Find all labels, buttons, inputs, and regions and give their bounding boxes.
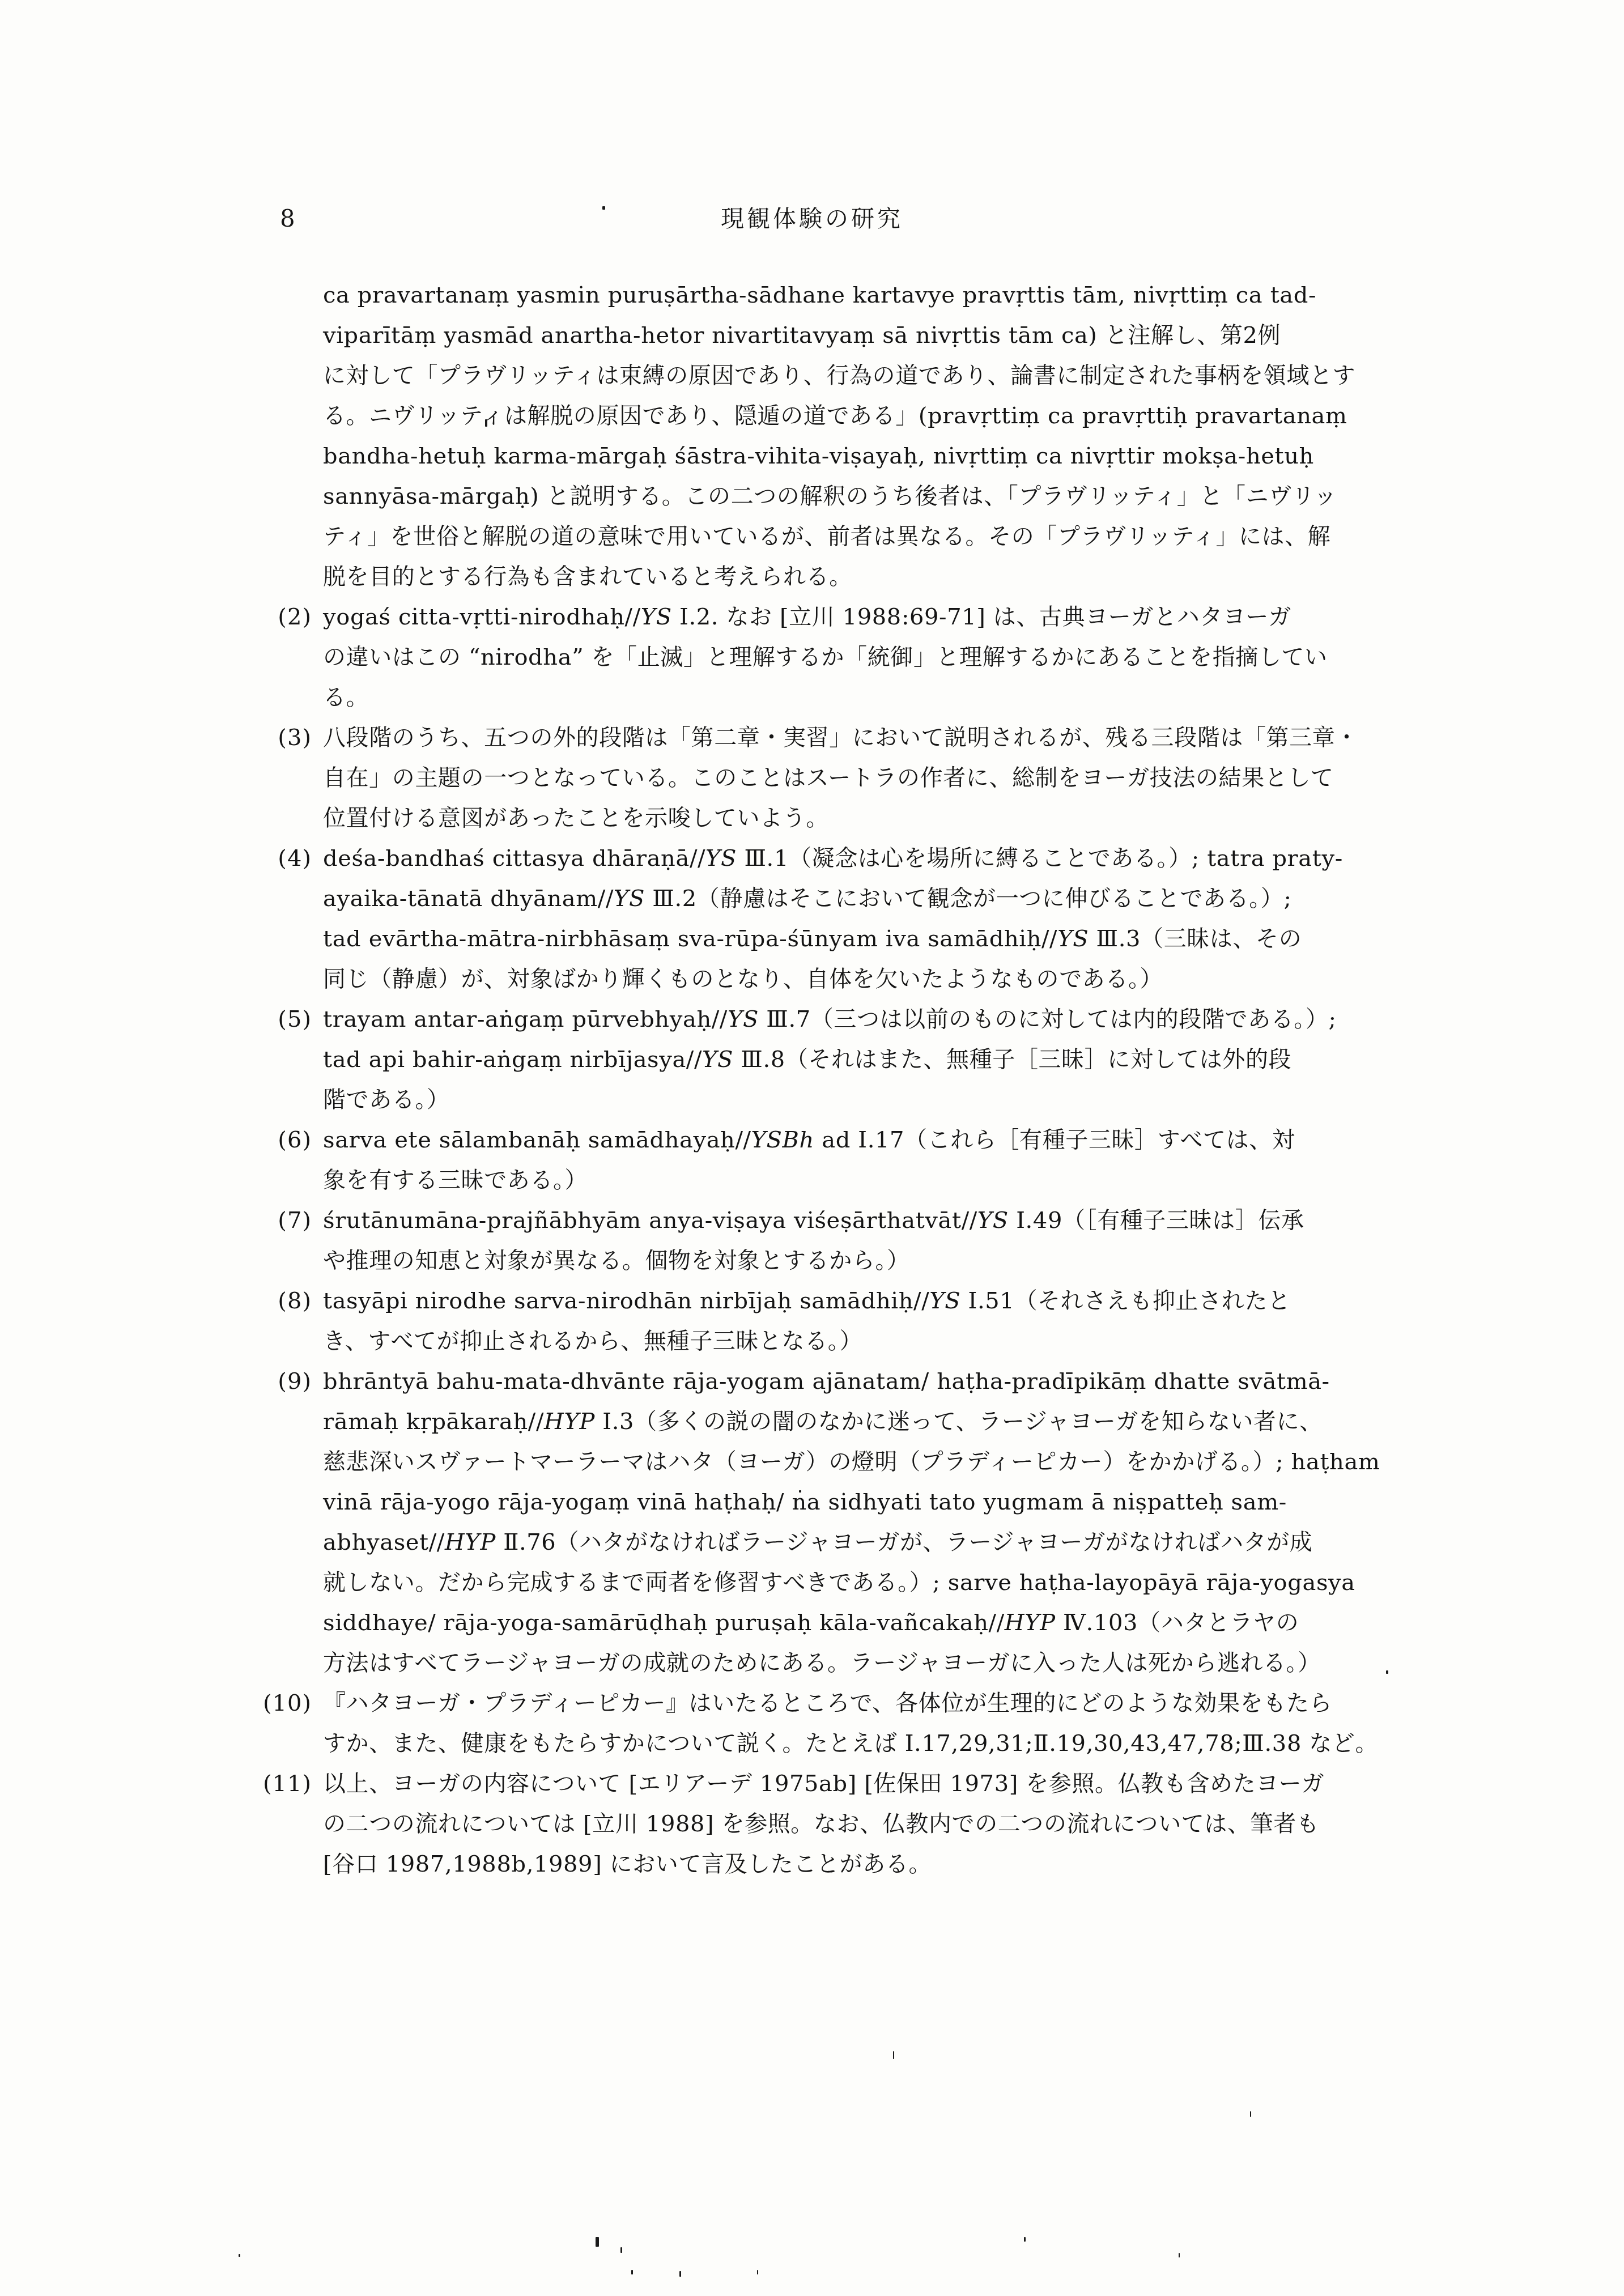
text-line: siddhaye/ rāja-yoga-samārūḍhaḥ puruṣaḥ k…	[323, 1603, 1375, 1643]
text-line: (8)tasyāpi nirodhe sarva-nirodhān nirbīj…	[323, 1281, 1375, 1321]
work-abbreviation: HYP	[544, 1409, 595, 1435]
text-segment: 就しない。だから完成するまで両者を修習すべきである。）; sarve haṭha…	[323, 1570, 1355, 1596]
text-segment: ayaika-tānatā dhyānam//	[323, 886, 614, 912]
note-marker: (5)	[278, 1000, 312, 1040]
text-segment: Ⅰ.51（それさえも抑止されたと	[960, 1288, 1290, 1314]
scan-speck	[757, 2270, 758, 2274]
scan-speck	[485, 419, 487, 427]
text-segment: 自在」の主題の一つとなっている。このことはスートラの作者に、総制をヨーガ技法の結…	[323, 765, 1334, 791]
text-segment: Ⅲ.1（凝念は心を場所に縛ることである。）; tatra praty-	[737, 845, 1343, 871]
text-line: の違いはこの “nirodha” を「止滅」と理解するか「統御」と理解するかにあ…	[323, 637, 1375, 678]
text-segment: Ⅱ.76（ハタがなければラージャヨーガが、ラージャヨーガがなければハタが成	[496, 1529, 1313, 1555]
text-line: 同じ（静慮）が、対象ばかり輝くものとなり、自体を欠いたようなものである。）	[323, 959, 1375, 1000]
text-segment: Ⅲ.3（三昧は、その	[1089, 926, 1302, 952]
text-line: ティ」を世俗と解脱の道の意味で用いているが、前者は異なる。その「プラヴリッティ」…	[323, 517, 1375, 557]
note-marker: (7)	[278, 1201, 312, 1241]
text-segment: や推理の知恵と対象が異なる。個物を対象とするから。）	[323, 1248, 910, 1274]
text-segment: trayam antar-aṅgaṃ pūrvebhyaḥ//	[323, 1006, 728, 1032]
text-segment: ca pravartanaṃ yasmin puruṣārtha-sādhane…	[323, 282, 1316, 308]
text-line: 慈悲深いスヴァートマーラーマはハタ（ヨーガ）の燈明（プラディーピカー）をかかげる…	[323, 1442, 1375, 1482]
text-segment: Ⅰ.3（多くの説の闇のなかに迷って、ラージャヨーガを知らない者に、	[595, 1409, 1323, 1435]
scan-speck	[893, 2051, 894, 2059]
scan-speck	[1179, 2253, 1180, 2257]
text-segment: の違いはこの “nirodha” を「止滅」と理解するか「統御」と理解するかにあ…	[323, 644, 1328, 670]
text-line: 脱を目的とする行為も含まれていると考えられる。	[323, 557, 1375, 597]
scanned-page: 8 現観体験の研究 ca pravartanaṃ yasmin puruṣārt…	[0, 0, 1624, 2296]
text-line: 象を有する三昧である。）	[323, 1160, 1375, 1201]
text-line: ayaika-tānatā dhyānam//YS Ⅲ.2（静慮はそこにおいて観…	[323, 879, 1375, 919]
text-line: rāmaḥ kṛpākaraḥ//HYP Ⅰ.3（多くの説の闇のなかに迷って、ラ…	[323, 1402, 1375, 1442]
text-segment: 慈悲深いスヴァートマーラーマはハタ（ヨーガ）の燈明（プラディーピカー）をかかげる…	[323, 1449, 1380, 1475]
text-line: き、すべてが抑止されるから、無種子三昧となる。）	[323, 1321, 1375, 1362]
text-line: 自在」の主題の一つとなっている。このことはスートラの作者に、総制をヨーガ技法の結…	[323, 758, 1375, 798]
text-segment: ad Ⅰ.17（これら［有種子三昧］すべては、対	[814, 1127, 1295, 1153]
scan-speck	[602, 206, 605, 210]
work-abbreviation: HYP	[1005, 1610, 1056, 1636]
work-abbreviation: YS	[614, 886, 645, 912]
text-line: (7)śrutānumāna-prajñābhyām anya-viṣaya v…	[323, 1201, 1375, 1241]
text-segment: 象を有する三昧である。）	[323, 1167, 588, 1193]
text-line: (5)trayam antar-aṅgaṃ pūrvebhyaḥ//YS Ⅲ.7…	[323, 1000, 1375, 1040]
running-head-title: 現観体験の研究	[721, 204, 903, 233]
scan-speck	[596, 2237, 599, 2247]
text-line: (6)sarva ete sālambanāḥ samādhayaḥ//YSBh…	[323, 1120, 1375, 1160]
text-segment: abhyaset//	[323, 1529, 445, 1555]
text-line: (11)以上、ヨーガの内容について [エリアーデ 1975ab] [佐保田 19…	[323, 1764, 1375, 1804]
work-abbreviation: YS	[728, 1006, 759, 1032]
text-segment: deśa-bandhaś cittasya dhāraṇā//	[323, 845, 705, 871]
text-segment: Ⅲ.8（それはまた、無種子［三昧］に対しては外的段	[733, 1047, 1291, 1073]
text-segment: 脱を目的とする行為も含まれていると考えられる。	[323, 564, 852, 590]
scan-speck	[1386, 1670, 1388, 1674]
text-line: ca pravartanaṃ yasmin puruṣārtha-sādhane…	[323, 275, 1375, 316]
text-segment: る。	[323, 684, 369, 711]
text-segment: bhrāntyā bahu-mata-dhvānte rāja-yogam aj…	[323, 1368, 1330, 1394]
text-segment: 八段階のうち、五つの外的段階は「第二章・実習」において説明されるが、残る三段階は…	[323, 725, 1358, 751]
text-line: tad api bahir-aṅgaṃ nirbījasya//YS Ⅲ.8（そ…	[323, 1040, 1375, 1080]
text-segment: 『ハタヨーガ・プラディーピカー』はいたるところで、各体位が生理的にどのような効果…	[323, 1690, 1332, 1716]
text-line: abhyaset//HYP Ⅱ.76（ハタがなければラージャヨーガが、ラージャヨ…	[323, 1523, 1375, 1563]
text-segment: 階である。）	[323, 1087, 450, 1113]
text-segment: Ⅰ.2. なお [立川 1988:69-71] は、古典ヨーガとハタヨーガ	[672, 604, 1291, 630]
text-line: bandha-hetuḥ karma-mārgaḥ śāstra-vihita-…	[323, 436, 1375, 477]
text-line: (9)bhrāntyā bahu-mata-dhvānte rāja-yogam…	[323, 1362, 1375, 1402]
text-segment: Ⅲ.7（三つは以前のものに対しては内的段階である。）;	[759, 1006, 1337, 1032]
text-segment: yogaś citta-vṛtti-nirodhaḥ//	[323, 604, 641, 630]
note-marker: (8)	[278, 1281, 312, 1321]
text-segment: に対して「プラヴリッティは束縛の原因であり、行為の道であり、論書に制定された事柄…	[323, 363, 1355, 389]
text-segment: る。ニヴリッティは解脱の原因であり、隠遁の道である」(pravṛttiṃ ca …	[323, 403, 1347, 429]
text-line: る。ニヴリッティは解脱の原因であり、隠遁の道である」(pravṛttiṃ ca …	[323, 396, 1375, 436]
work-abbreviation: HYP	[445, 1529, 496, 1555]
work-abbreviation: YSBh	[751, 1127, 814, 1153]
note-marker: (11)	[263, 1764, 312, 1804]
text-segment: sarva ete sālambanāḥ samādhayaḥ//	[323, 1127, 751, 1153]
text-segment: rāmaḥ kṛpākaraḥ//	[323, 1409, 544, 1435]
work-abbreviation: YS	[702, 1047, 733, 1073]
text-line: (2)yogaś citta-vṛtti-nirodhaḥ//YS Ⅰ.2. な…	[323, 597, 1375, 637]
note-marker: (6)	[278, 1120, 312, 1160]
scan-speck	[679, 2271, 681, 2277]
text-line: (3)八段階のうち、五つの外的段階は「第二章・実習」において説明されるが、残る三…	[323, 718, 1375, 758]
note-marker: (4)	[278, 839, 312, 879]
text-segment: すか、また、健康をもたらすかについて説く。たとえば Ⅰ.17,29,31;Ⅱ.1…	[323, 1730, 1378, 1757]
text-segment: tad evārtha-mātra-nirbhāsaṃ sva-rūpa-śūn…	[323, 926, 1057, 952]
text-line: る。	[323, 678, 1375, 718]
text-segment: siddhaye/ rāja-yoga-samārūḍhaḥ puruṣaḥ k…	[323, 1610, 1005, 1636]
notes-list: ca pravartanaṃ yasmin puruṣārtha-sādhane…	[323, 275, 1375, 1885]
text-line: すか、また、健康をもたらすかについて説く。たとえば Ⅰ.17,29,31;Ⅱ.1…	[323, 1724, 1375, 1764]
text-segment: Ⅳ.103（ハタとラヤの	[1056, 1610, 1299, 1636]
scan-speck	[631, 2270, 633, 2274]
work-abbreviation: YS	[929, 1288, 960, 1314]
text-segment: bandha-hetuḥ karma-mārgaḥ śāstra-vihita-…	[323, 443, 1314, 469]
note-marker: (9)	[278, 1362, 312, 1402]
text-segment: 以上、ヨーガの内容について [エリアーデ 1975ab] [佐保田 1973] …	[323, 1771, 1324, 1797]
text-line: 就しない。だから完成するまで両者を修習すべきである。）; sarve haṭha…	[323, 1563, 1375, 1603]
text-line: tad evārtha-mātra-nirbhāsaṃ sva-rūpa-śūn…	[323, 919, 1375, 959]
scan-speck	[1250, 2111, 1251, 2117]
text-line: [谷口 1987,1988b,1989] において言及したことがある。	[323, 1844, 1375, 1885]
text-line: (4)deśa-bandhaś cittasya dhāraṇā//YS Ⅲ.1…	[323, 839, 1375, 879]
text-segment: Ⅰ.49（［有種子三昧は］伝承	[1009, 1207, 1304, 1234]
text-line: や推理の知恵と対象が異なる。個物を対象とするから。）	[323, 1241, 1375, 1281]
note-marker: (3)	[278, 718, 312, 758]
note-marker: (10)	[263, 1683, 312, 1724]
scan-speck	[239, 2254, 240, 2257]
text-line: viparītāṃ yasmād anartha-hetor nivartita…	[323, 316, 1375, 356]
scan-speck	[1024, 2237, 1026, 2242]
text-segment: ティ」を世俗と解脱の道の意味で用いているが、前者は異なる。その「プラヴリッティ」…	[323, 524, 1330, 550]
text-line: の二つの流れについては [立川 1988] を参照。なお、仏教内での二つの流れに…	[323, 1804, 1375, 1844]
scan-speck	[799, 1490, 801, 1493]
text-segment: tasyāpi nirodhe sarva-nirodhān nirbījaḥ …	[323, 1288, 929, 1314]
text-segment: vinā rāja-yogo rāja-yogaṃ vinā haṭhaḥ/ n…	[323, 1489, 1287, 1515]
work-abbreviation: YS	[705, 845, 737, 871]
text-segment: 位置付ける意図があったことを示唆していよう。	[323, 805, 829, 831]
work-abbreviation: YS	[641, 604, 672, 630]
text-segment: sannyāsa-mārgaḥ) と説明する。この二つの解釈のうち後者は、「プラ…	[323, 483, 1337, 509]
text-segment: śrutānumāna-prajñābhyām anya-viṣaya viśe…	[323, 1207, 977, 1234]
text-line: 位置付ける意図があったことを示唆していよう。	[323, 798, 1375, 839]
text-line: sannyāsa-mārgaḥ) と説明する。この二つの解釈のうち後者は、「プラ…	[323, 477, 1375, 517]
work-abbreviation: YS	[1057, 926, 1089, 952]
note-marker: (2)	[278, 597, 312, 637]
text-segment: 同じ（静慮）が、対象ばかり輝くものとなり、自体を欠いたようなものである。）	[323, 966, 1163, 992]
text-line: 階である。）	[323, 1080, 1375, 1120]
text-segment: tad api bahir-aṅgaṃ nirbījasya//	[323, 1047, 702, 1073]
text-segment: の二つの流れについては [立川 1988] を参照。なお、仏教内での二つの流れに…	[323, 1811, 1319, 1837]
text-segment: [谷口 1987,1988b,1989] において言及したことがある。	[323, 1851, 932, 1877]
text-segment: viparītāṃ yasmād anartha-hetor nivartita…	[323, 322, 1281, 348]
text-line: (10)『ハタヨーガ・プラディーピカー』はいたるところで、各体位が生理的にどのよ…	[323, 1683, 1375, 1724]
text-segment: き、すべてが抑止されるから、無種子三昧となる。）	[323, 1328, 862, 1354]
running-head: 8 現観体験の研究	[0, 204, 1624, 238]
work-abbreviation: YS	[977, 1207, 1009, 1234]
text-line: 方法はすべてラージャヨーガの成就のためにある。ラージャヨーガに入った人は死から逃…	[323, 1643, 1375, 1683]
page-number: 8	[280, 204, 295, 233]
scan-speck	[620, 2247, 622, 2253]
text-segment: Ⅲ.2（静慮はそこにおいて観念が一つに伸びることである。）;	[645, 886, 1292, 912]
text-line: vinā rāja-yogo rāja-yogaṃ vinā haṭhaḥ/ n…	[323, 1482, 1375, 1523]
text-segment: 方法はすべてラージャヨーガの成就のためにある。ラージャヨーガに入った人は死から逃…	[323, 1650, 1321, 1676]
text-line: に対して「プラヴリッティは束縛の原因であり、行為の道であり、論書に制定された事柄…	[323, 356, 1375, 396]
